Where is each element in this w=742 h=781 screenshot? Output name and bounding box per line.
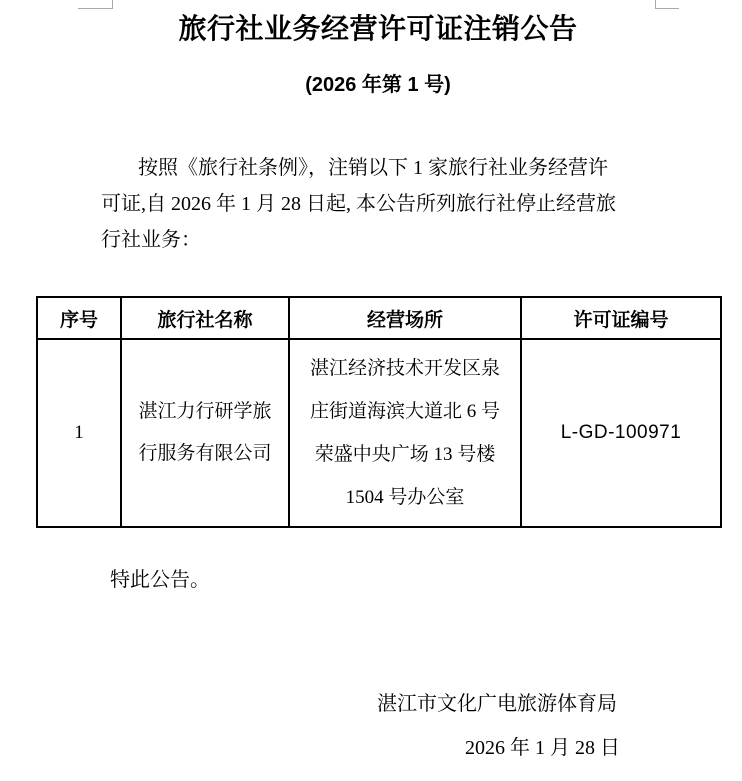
closing-statement: 特此公告。 — [110, 566, 210, 594]
notice-title: 旅行社业务经营许可证注销公告 — [100, 12, 656, 48]
business-address-line: 湛江经济技术开发区泉 — [290, 347, 520, 390]
notice-body-line: 行社业务： — [101, 222, 657, 258]
signature-date: 2026 年 1 月 28 日 — [465, 734, 620, 762]
agency-name-line: 湛江力行研学旅 — [122, 391, 288, 433]
signature-agency: 湛江市文化广电旅游体育局 — [377, 690, 617, 718]
business-address-line: 庄街道海滨大道北 6 号 — [290, 390, 520, 433]
notice-issue-number: (2026 年第 1 号) — [100, 72, 656, 98]
cell-license-number: L-GD-100971 — [521, 339, 721, 527]
col-header-license: 许可证编号 — [521, 297, 721, 339]
col-header-seq: 序号 — [37, 297, 121, 339]
text-boundary-mark-left — [78, 0, 113, 9]
table-header-row: 序号 旅行社名称 经营场所 许可证编号 — [37, 297, 721, 339]
cell-business-address: 湛江经济技术开发区泉 庄街道海滨大道北 6 号 荣盛中央广场 13 号楼 150… — [289, 339, 521, 527]
notice-body-line: 可证,自 2026 年 1 月 28 日起, 本公告所列旅行社停止经营旅 — [101, 186, 657, 222]
table-row: 1 湛江力行研学旅 行服务有限公司 湛江经济技术开发区泉 庄街道海滨大道北 6 … — [37, 339, 721, 527]
col-header-address: 经营场所 — [289, 297, 521, 339]
agency-name-line: 行服务有限公司 — [122, 433, 288, 475]
revocation-table: 序号 旅行社名称 经营场所 许可证编号 1 湛江力行研学旅 行服务有限公司 湛江… — [36, 296, 722, 528]
notice-body-line: 按照《旅行社条例》，注销以下 1 家旅行社业务经营许 — [101, 150, 657, 186]
document-page: 旅行社业务经营许可证注销公告 (2026 年第 1 号) 按照《旅行社条例》，注… — [0, 0, 742, 781]
text-boundary-mark-right — [655, 0, 679, 9]
notice-body: 按照《旅行社条例》，注销以下 1 家旅行社业务经营许 可证,自 2026 年 1… — [101, 150, 657, 258]
business-address-line: 1504 号办公室 — [290, 476, 520, 519]
business-address-line: 荣盛中央广场 13 号楼 — [290, 433, 520, 476]
cell-agency-name: 湛江力行研学旅 行服务有限公司 — [121, 339, 289, 527]
cell-seq: 1 — [37, 339, 121, 527]
col-header-name: 旅行社名称 — [121, 297, 289, 339]
